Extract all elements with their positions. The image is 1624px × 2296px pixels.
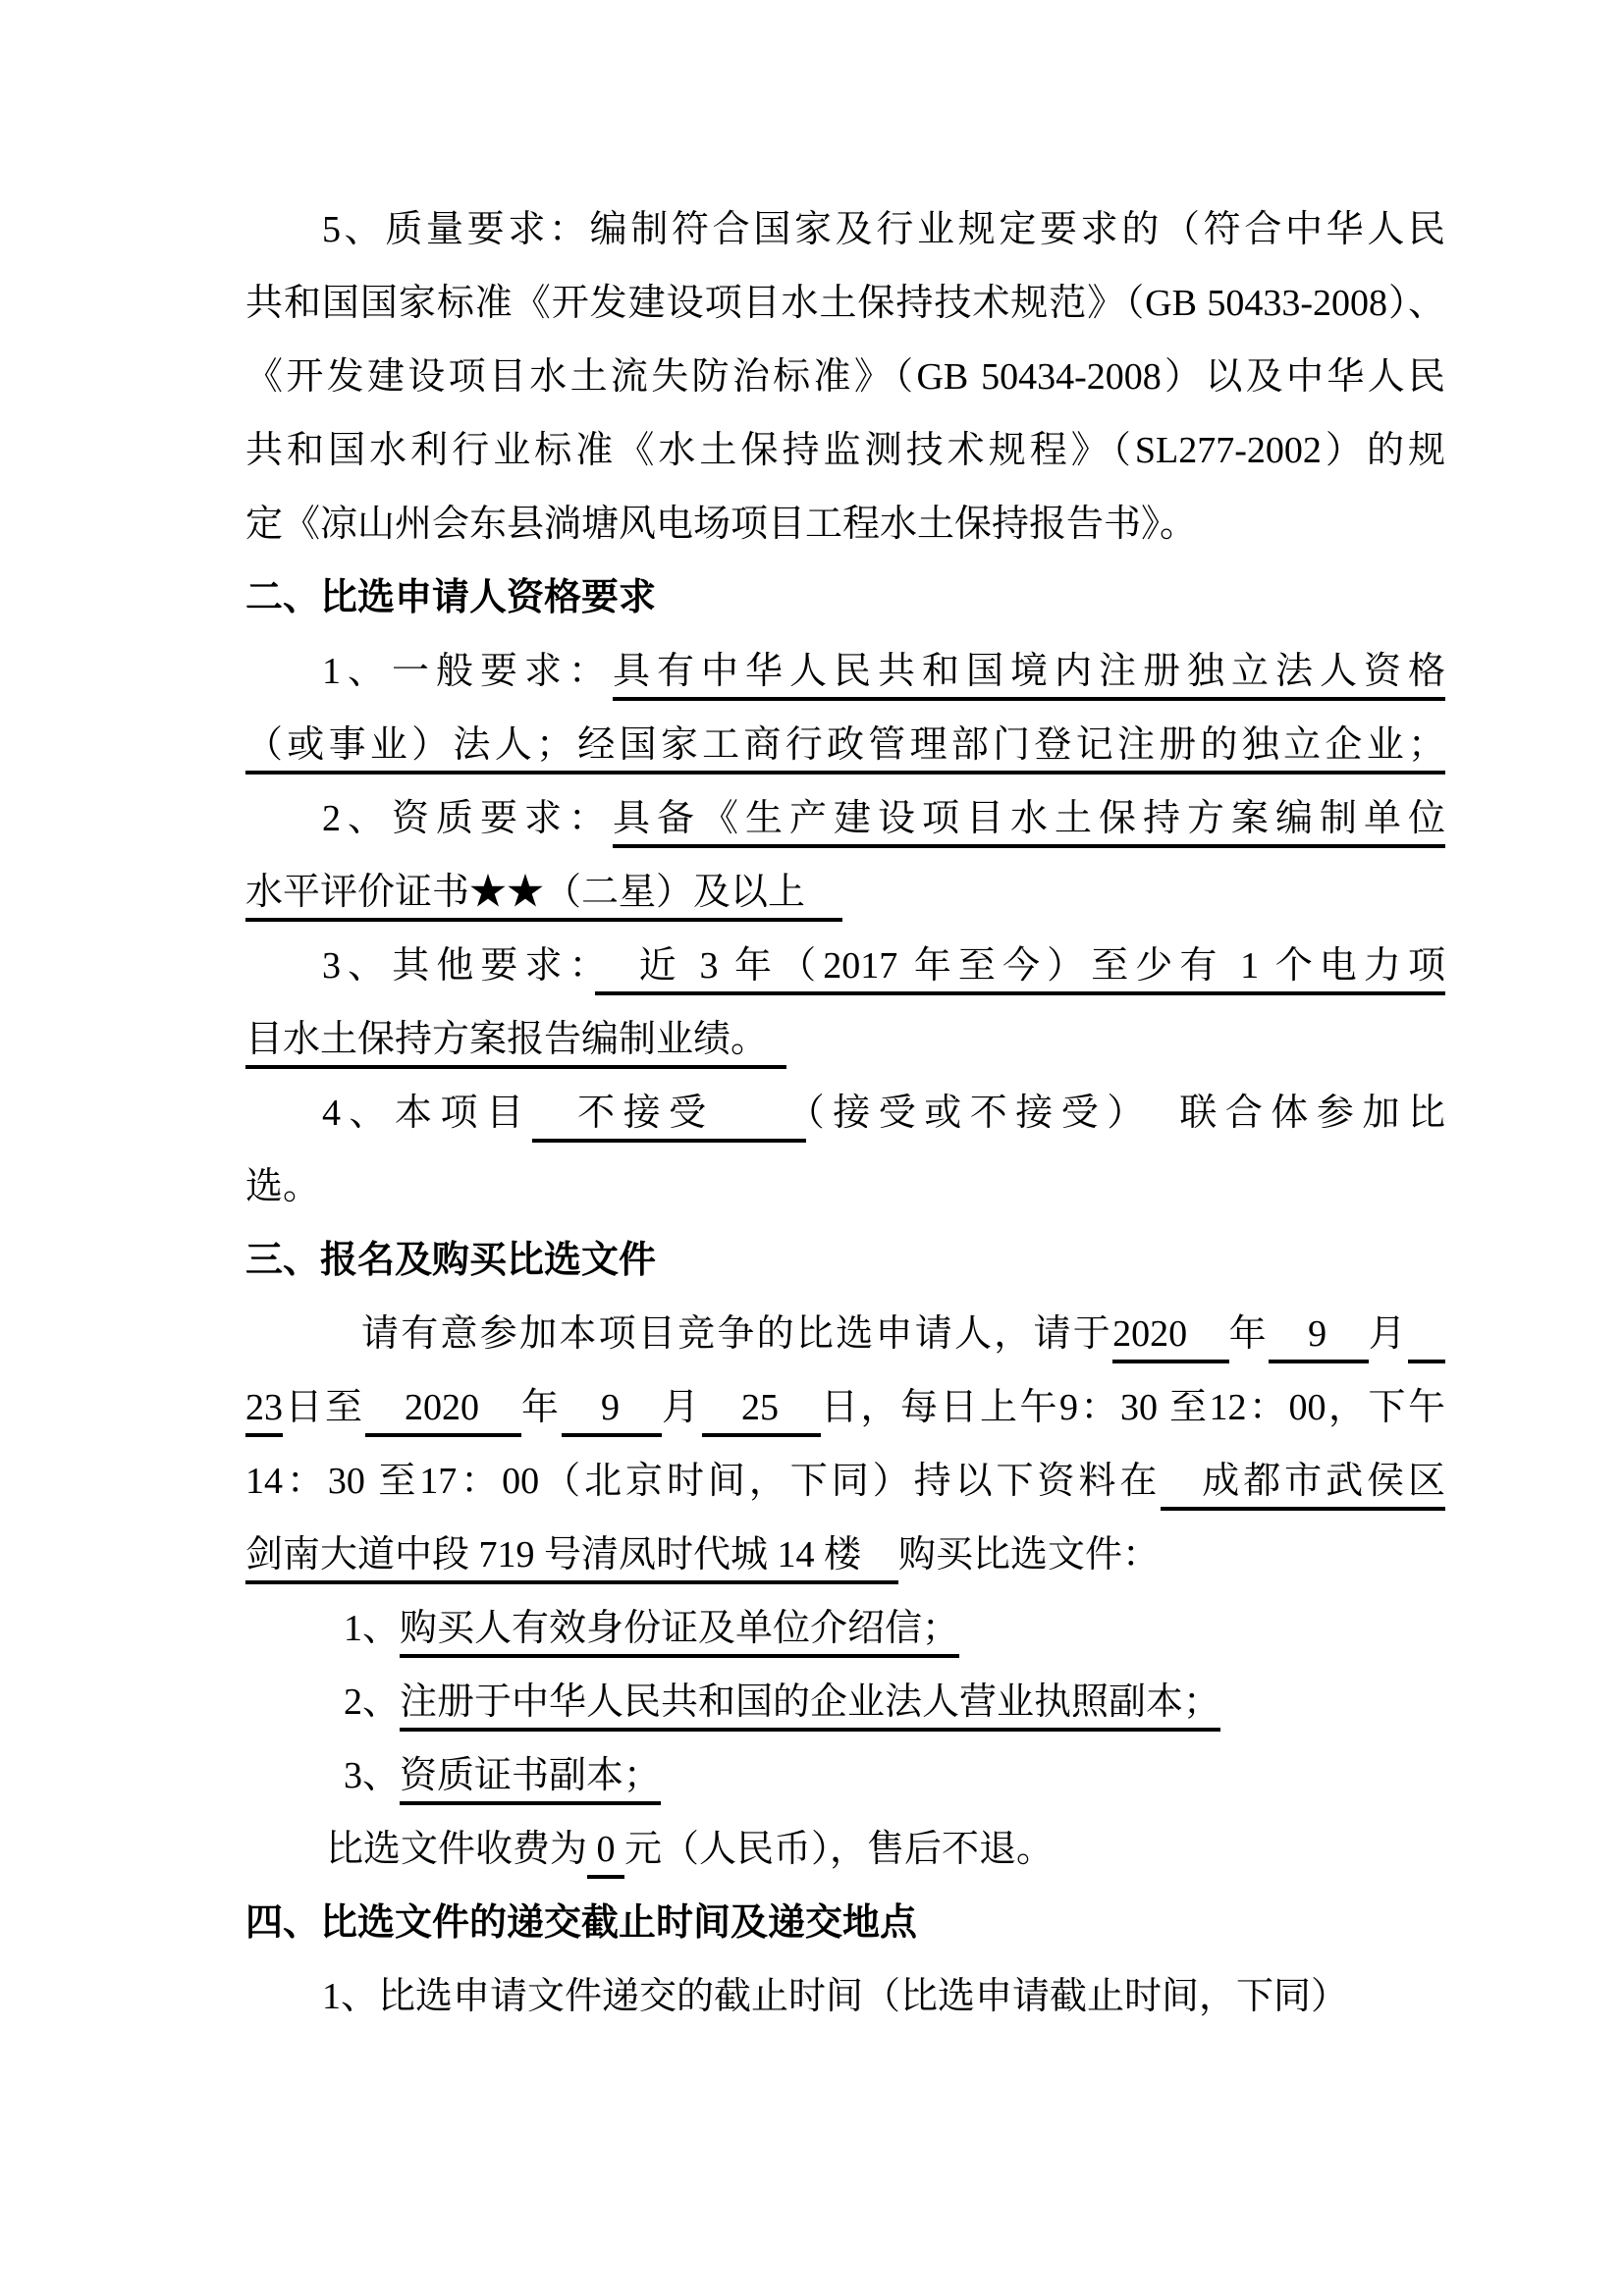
text-segment: 2、资质要求：: [322, 798, 613, 839]
text-line: 1、购买人有效身份证及单位介绍信；: [245, 1592, 1445, 1666]
text-line: 共和国水利行业标准《水土保持监测技术规程》（SL277-2002）的规: [245, 414, 1445, 488]
text-line: 3、资质证书副本；: [245, 1739, 1445, 1813]
underlined-text-segment: 25: [702, 1387, 822, 1437]
text-segment: 1、比选申请文件递交的截止时间（比选申请截止时间，下同）: [322, 1976, 1348, 2017]
text-segment: 5、质量要求：编制符合国家及行业规定要求的（符合中华人民: [322, 209, 1445, 250]
text-segment: 14：30 至17：00（北京时间，下同）持以下资料在: [245, 1461, 1161, 1502]
section-heading: 四、比选文件的递交截止时间及递交地点: [245, 1887, 1445, 1960]
text-line: （或事业）法人；经国家工商行政管理部门登记注册的独立企业；: [245, 709, 1445, 782]
text-line: 3、其他要求： 近 3 年（2017 年至今）至少有 1 个电力项: [245, 930, 1445, 1003]
text-line: 请有意参加本项目竞争的比选申请人，请于2020 年 9 月: [245, 1298, 1445, 1371]
underlined-text-segment: 0: [587, 1829, 624, 1879]
text-segment: 共和国国家标准《开发建设项目水土保持技术规范》（GB 50433-2008）、: [245, 283, 1445, 324]
text-segment: 《开发建设项目水土流失防治标准》（GB 50434-2008）以及中华人民: [245, 356, 1445, 398]
document-text-block: 5、质量要求：编制符合国家及行业规定要求的（符合中华人民共和国国家标准《开发建设…: [245, 193, 1445, 2034]
section-heading: 三、报名及购买比选文件: [245, 1224, 1445, 1298]
text-segment: 三、报名及购买比选文件: [245, 1240, 656, 1281]
text-line: 比选文件收费为 0 元（人民币），售后不退。: [245, 1813, 1445, 1887]
underlined-text-segment: 2020: [365, 1387, 522, 1437]
underlined-text-segment: 2020: [1112, 1313, 1229, 1363]
text-segment: 日，每日上午9：30 至12：00，下午: [821, 1387, 1445, 1428]
text-segment: 请有意参加本项目竞争的比选申请人，请于: [361, 1313, 1112, 1355]
underlined-text-segment: 具备《生产建设项目水土保持方案编制单位: [613, 798, 1445, 848]
underlined-text-segment: 不接受: [532, 1093, 806, 1143]
text-line: 1、一般要求：具有中华人民共和国境内注册独立法人资格: [245, 635, 1445, 709]
text-line: 2、资质要求：具备《生产建设项目水土保持方案编制单位: [245, 782, 1445, 856]
text-segment: 年: [1229, 1313, 1269, 1355]
text-segment: 月: [1369, 1313, 1408, 1355]
text-segment: 月: [662, 1387, 702, 1428]
underlined-text-segment: 近 3 年（2017 年至今）至少有 1 个电力项: [595, 945, 1445, 995]
underlined-text-segment: 资质证书副本；: [400, 1755, 661, 1805]
underlined-text-segment: 成都市武侯区: [1161, 1461, 1445, 1511]
text-segment: 日至: [283, 1387, 365, 1428]
text-segment: 共和国水利行业标准《水土保持监测技术规程》（SL277-2002）的规: [245, 430, 1445, 471]
text-segment: 元（人民币），售后不退。: [624, 1829, 1054, 1870]
text-line: 1、比选申请文件递交的截止时间（比选申请截止时间，下同）: [245, 1960, 1445, 2034]
underlined-text-segment: 23: [245, 1387, 283, 1437]
text-segment: 定《凉山州会东县淌塘风电场项目工程水土保持报告书》。: [245, 504, 1197, 545]
underlined-text-segment: 水平评价证书★★（二星）及以上: [245, 872, 842, 922]
text-segment: 3、其他要求：: [322, 945, 595, 987]
text-segment: 年: [521, 1387, 562, 1428]
underlined-text-segment: 购买人有效身份证及单位介绍信；: [400, 1608, 959, 1658]
text-segment: 选。: [245, 1166, 320, 1207]
text-segment: 二、比选申请人资格要求: [245, 577, 656, 618]
text-line: 定《凉山州会东县淌塘风电场项目工程水土保持报告书》。: [245, 488, 1445, 561]
underlined-text-segment: 9: [562, 1387, 663, 1437]
text-segment: 1、一般要求：: [322, 651, 613, 692]
text-segment: 比选文件收费为: [326, 1829, 587, 1870]
text-line: 2、注册于中华人民共和国的企业法人营业执照副本；: [245, 1666, 1445, 1739]
underlined-text-segment: [1408, 1313, 1445, 1363]
document-page: 5、质量要求：编制符合国家及行业规定要求的（符合中华人民共和国国家标准《开发建设…: [0, 0, 1624, 2296]
text-segment: 1、: [344, 1608, 400, 1649]
text-line: 14：30 至17：00（北京时间，下同）持以下资料在 成都市武侯区: [245, 1445, 1445, 1519]
text-segment: 2、: [344, 1682, 400, 1723]
underlined-text-segment: 具有中华人民共和国境内注册独立法人资格: [613, 651, 1445, 701]
text-line: 5、质量要求：编制符合国家及行业规定要求的（符合中华人民: [245, 193, 1445, 267]
text-segment: （接受或不接受） 联合体参加比: [806, 1093, 1445, 1134]
text-line: 23日至 2020 年 9 月 25 日，每日上午9：30 至12：00，下午: [245, 1371, 1445, 1445]
text-line: 目水土保持方案报告编制业绩。: [245, 1003, 1445, 1077]
text-line: 4、本项目 不接受 （接受或不接受） 联合体参加比: [245, 1077, 1445, 1150]
section-heading: 二、比选申请人资格要求: [245, 561, 1445, 635]
underlined-text-segment: （或事业）法人；经国家工商行政管理部门登记注册的独立企业；: [245, 724, 1445, 774]
underlined-text-segment: 目水土保持方案报告编制业绩。: [245, 1019, 786, 1069]
text-line: 剑南大道中段 719 号清凤时代城 14 楼 购买比选文件：: [245, 1519, 1445, 1592]
text-segment: 购买比选文件：: [898, 1534, 1160, 1575]
underlined-text-segment: 注册于中华人民共和国的企业法人营业执照副本；: [400, 1682, 1220, 1732]
text-segment: 4、本项目: [322, 1093, 532, 1134]
underlined-text-segment: 9: [1269, 1313, 1369, 1363]
underlined-text-segment: 剑南大道中段 719 号清凤时代城 14 楼: [245, 1534, 898, 1584]
text-line: 共和国国家标准《开发建设项目水土保持技术规范》（GB 50433-2008）、: [245, 267, 1445, 341]
text-line: 水平评价证书★★（二星）及以上: [245, 856, 1445, 930]
text-segment: 3、: [344, 1755, 400, 1796]
text-line: 选。: [245, 1150, 1445, 1224]
text-line: 《开发建设项目水土流失防治标准》（GB 50434-2008）以及中华人民: [245, 341, 1445, 414]
text-segment: 四、比选文件的递交截止时间及递交地点: [245, 1902, 917, 1944]
